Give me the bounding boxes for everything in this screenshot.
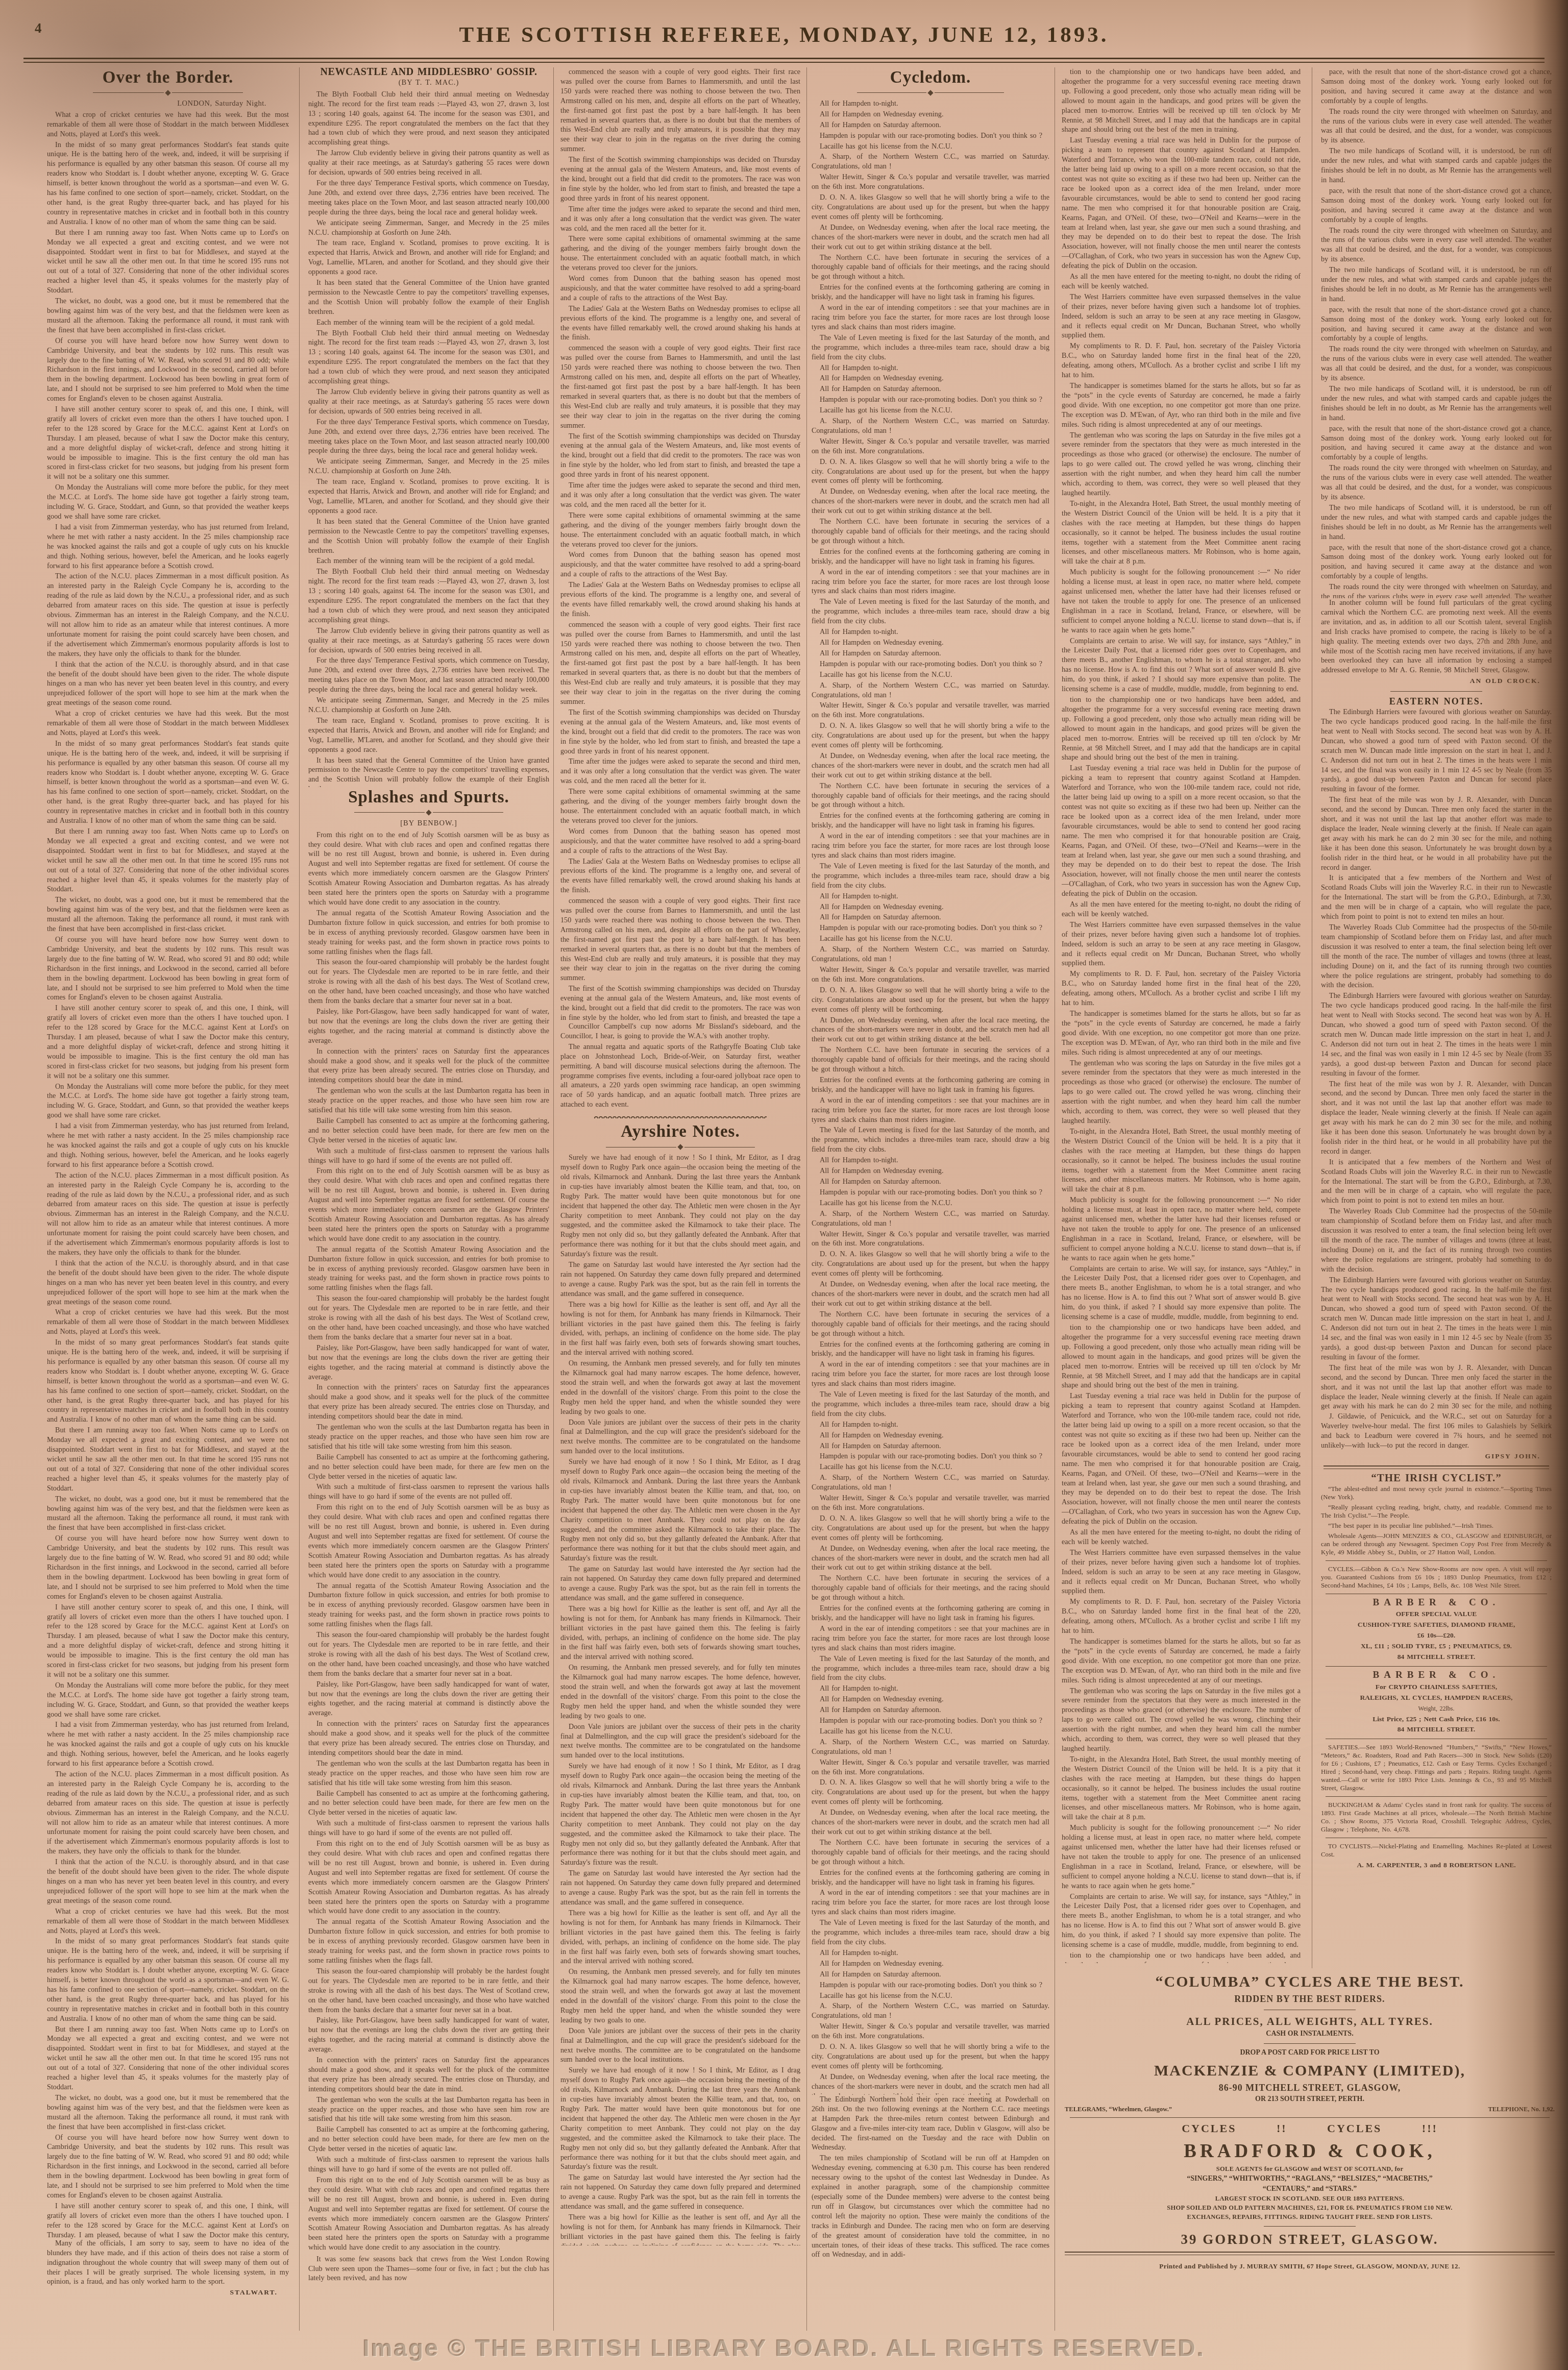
article-dateline: LONDON, Saturday Night. — [47, 99, 289, 109]
rule-line — [606, 1147, 676, 1147]
paragraph: The Edinburgh Harriers were favoured wit… — [1321, 1276, 1552, 1362]
ad-text: SAFETIES.—See 1893 World-Renowned “Humbe… — [1321, 1743, 1552, 1792]
paragraph: Paisley, like Port-Glasgow, have been sa… — [308, 1343, 549, 1382]
paragraph: All for Hampden on Wednesday evening. — [812, 374, 1049, 383]
paragraph: The team race, England v. Scotland, prom… — [308, 716, 549, 755]
paragraph: A. Sharp, of the Northern Western C.C., … — [812, 1473, 1049, 1493]
paragraph: The Vale of Leven meeting is fixed for t… — [812, 1654, 1049, 1683]
paragraph: What a crop of cricket centuries we have… — [47, 1907, 289, 1936]
paragraph: It has been stated that the General Comm… — [308, 278, 549, 317]
ad-text: Wholesale Agents—JOHN MENZIES & CO., GLA… — [1321, 1532, 1552, 1556]
paragraph: Walter Hewitt, Singer & Co.'s popular an… — [812, 965, 1049, 985]
ad-line: 84 MITCHELL STREET. — [1321, 1652, 1552, 1662]
paragraph: pace, with the result that none of the s… — [1321, 424, 1552, 463]
paragraph: At Dundee, on Wednesday evening, when af… — [812, 1280, 1049, 1309]
paragraph: The Northern C.C. have been fortunate in… — [812, 1574, 1049, 1603]
paragraph: Paisley, like Port-Glasgow, have been sa… — [308, 1680, 549, 1719]
paragraph: The gentleman who won the sculls at the … — [308, 1086, 549, 1115]
decorative-rule — [1324, 1465, 1550, 1469]
paragraph: In connection with the printers' races o… — [308, 1719, 549, 1758]
article-body: From this right on to the end of July Sc… — [308, 830, 549, 2255]
ad-line: XL, £11 ; SOLID TYRE, £5 ; PNEUMATICS, £… — [1321, 1642, 1552, 1651]
paragraph: Bailie Campbell has consented to act as … — [308, 2125, 549, 2154]
paragraph: Each member of the winning team will be … — [308, 318, 549, 328]
paragraph: The Blyth Football Club held their third… — [308, 567, 549, 625]
paragraph: Many of the officials, I am sorry to say… — [47, 2239, 289, 2287]
paragraph: Each member of the winning team will be … — [308, 556, 549, 566]
paragraph: D. O. N. A. likes Glasgow so well that h… — [812, 1778, 1049, 1807]
ad-line: DROP A POST CARD FOR PRICE LIST TO — [1060, 2049, 1560, 2057]
paragraph: The action of the N.C.U. places Zimmerma… — [47, 572, 289, 658]
paragraph: The gentleman who won the sculls at the … — [308, 2095, 549, 2124]
paragraph: Doon Vale juniors are jubilant over the … — [560, 2026, 800, 2065]
decorative-rule — [354, 811, 504, 815]
ad-line: “SINGERS,” “WHITWORTHS,” “RAGLANS,” “BEL… — [1060, 2175, 1560, 2183]
library-watermark: Image © THE BRITISH LIBRARY BOARD. ALL R… — [0, 2334, 1568, 2362]
paragraph: Entries for the confined events at the f… — [812, 811, 1049, 830]
paragraph: The game on Saturday last would have int… — [560, 1565, 800, 1603]
paragraph: The Northern C.C. have been fortunate in… — [812, 517, 1049, 546]
paragraph: Word comes from Dunoon that the bathing … — [560, 827, 800, 856]
paragraph: D. O. N. A. likes Glasgow so well that h… — [812, 986, 1049, 1015]
paragraph: A word in the ear of intending competito… — [812, 1096, 1049, 1125]
paragraph: On Monday the Australians will come more… — [47, 483, 289, 522]
masthead-title: THE SCOTTISH REFEREE, MONDAY, JUNE 12, 1… — [0, 22, 1568, 47]
ad-line: RIDDEN BY THE BEST RIDERS. — [1060, 1994, 1560, 2005]
paragraph: Lacaille has got his license from the N.… — [812, 406, 1049, 416]
paragraph: D. O. N. A. likes Glasgow so well that h… — [812, 457, 1049, 486]
paragraph: All for Hampden on Saturday afternoon. — [812, 1177, 1049, 1187]
paragraph: To-night, in the Alexandra Hotel, Bath S… — [1062, 499, 1301, 567]
paragraph: The gentleman who was scoring the laps o… — [1062, 1687, 1301, 1754]
paragraph: All for Hampden on Saturday afternoon. — [812, 120, 1049, 130]
paragraph: The game on Saturday last would have int… — [560, 2173, 800, 2212]
paragraph: In the midst of so many great performanc… — [47, 140, 289, 227]
paragraph: D. O. N. A. likes Glasgow so well that h… — [812, 1250, 1049, 1279]
paragraph: The team race, England v. Scotland, prom… — [308, 477, 549, 516]
paragraph: Last Tuesday evening a trial race was he… — [1062, 136, 1301, 271]
advertisement-region: “COLUMBA” CYCLES ARE THE BEST.RIDDEN BY … — [1060, 1968, 1560, 2332]
paragraph: The Ladies' Gala at the Western Baths on… — [560, 304, 800, 343]
paragraph: The Vale of Leven meeting is fixed for t… — [812, 333, 1049, 362]
paragraph: The Jarrow Club evidently believe in giv… — [308, 387, 549, 417]
paragraph: As all the men have entered for the meet… — [1062, 1528, 1301, 1547]
paragraph: Hampden is popular with our race-promoti… — [812, 131, 1049, 141]
paragraph: I had a visit from Zimmerman yesterday, … — [47, 523, 289, 571]
ad-line: CASH OR INSTALMENTS. — [1060, 2030, 1560, 2038]
paragraph: Hampden is popular with our race-promoti… — [812, 659, 1049, 669]
paragraph: It is anticipated that a few members of … — [1321, 873, 1552, 922]
paragraph: The Vale of Leven meeting is fixed for t… — [812, 1390, 1049, 1419]
paragraph: pace, with the result that none of the s… — [1321, 543, 1552, 582]
paragraph: The annual regatta and aquatic sports of… — [560, 1042, 800, 1110]
paragraph: At Dundee, on Wednesday evening, when af… — [812, 1544, 1049, 1573]
rule-line — [857, 92, 926, 93]
paragraph: tion to the championship one or two hand… — [1062, 695, 1301, 763]
column-5: tion to the championship one or two hand… — [1062, 67, 1301, 1968]
paragraph: A. Sharp, of the Northern Western C.C., … — [812, 2001, 1049, 2021]
column-rule — [1312, 67, 1312, 1968]
paragraph: J. Gildawie, of Penicuick, and the W.R.C… — [1321, 1412, 1552, 1451]
paragraph: From this right on to the end of July Sc… — [308, 1503, 549, 1580]
rule-diamond — [927, 90, 933, 95]
paragraph: Bailie Campbell has consented to act as … — [308, 1116, 549, 1145]
ad-line: For CRYPTO CHAINLESS SAFETIES, — [1321, 1682, 1552, 1692]
paragraph: Walter Hewitt, Singer & Co.'s popular an… — [812, 2022, 1049, 2041]
paragraph: All for Hampden on Wednesday evening. — [812, 1959, 1049, 1969]
article-body: The Edinburgh Harriers were favoured wit… — [1321, 707, 1552, 1412]
ad-line: SHOP SOILED AND OLD PATTERN MACHINES, £2… — [1060, 2204, 1560, 2212]
paragraph: All for Hampden on Saturday afternoon. — [812, 913, 1049, 922]
paragraph: There was a big howl for Killie as the l… — [560, 1604, 800, 1662]
article-headline: Splashes and Spurts. — [308, 788, 549, 808]
paragraph: The Jarrow Club evidently believe in giv… — [308, 149, 549, 178]
decorative-rule — [93, 91, 243, 95]
paragraph: A word in the ear of intending competito… — [812, 1624, 1049, 1653]
paragraph: Of course you will have heard before now… — [47, 1534, 289, 1601]
paragraph: The West Harriers committee have even su… — [1062, 1548, 1301, 1597]
paragraph: Doon Vale juniors are jubilant over the … — [560, 1418, 800, 1457]
ad-text: CYCLES.—Gibbon & Co.'s New Show-Rooms ar… — [1321, 1565, 1552, 1590]
ad-line: ALL PRICES, ALL WEIGHTS, ALL TYRES. — [1060, 2015, 1560, 2028]
paragraph: For the three days' Temperance Festival … — [308, 418, 549, 456]
paragraph: The Northern C.C. have been fortunate in… — [812, 1045, 1049, 1074]
paragraph: All for Hampden to-night. — [812, 1948, 1049, 1958]
paragraph: For the three days' Temperance Festival … — [308, 179, 549, 217]
paragraph: There were some capital exhibitions of o… — [560, 234, 800, 273]
paragraph: This season the four-oared championship … — [308, 1630, 549, 1679]
decorative-rule — [1264, 2226, 1356, 2227]
paragraph: A word in the ear of intending competito… — [812, 568, 1049, 597]
paragraph: All for Hampden on Saturday afternoon. — [812, 384, 1049, 394]
paragraph: The roads round the city were thronged w… — [1321, 582, 1552, 598]
paragraph: We anticipate seeing Zimmerman, Sanger, … — [308, 218, 549, 238]
paragraph: Walter Hewitt, Singer & Co.'s popular an… — [812, 1494, 1049, 1513]
rule-line — [935, 92, 1004, 93]
paragraph: D. O. N. A. likes Glasgow so well that h… — [812, 721, 1049, 750]
paragraph: It has been stated that the General Comm… — [308, 517, 549, 556]
paragraph: The first heat of the mile was won by J.… — [1321, 1363, 1552, 1412]
article-headline: EASTERN NOTES. — [1321, 697, 1552, 706]
paragraph: Lacaille has got his license from the N.… — [812, 934, 1049, 944]
paragraph: Walter Hewitt, Singer & Co.'s popular an… — [812, 1758, 1049, 1777]
ad-line: EXCHANGES, REPAIRS, FITTINGS. RIDING TAU… — [1060, 2213, 1560, 2221]
article-headline: Ayrshire Notes. — [560, 1122, 800, 1142]
paragraph: All for Hampden on Wednesday evening. — [812, 110, 1049, 119]
paragraph: I have still another century scorer to s… — [47, 1004, 289, 1081]
decorative-rule — [1326, 1838, 1547, 1838]
column-rule — [299, 67, 300, 2331]
article-byline: [BY BENBOW.] — [308, 819, 549, 828]
paragraph: The first heat of the mile was won by J.… — [1321, 795, 1552, 872]
ad-line: £6 10s—£20. — [1321, 1631, 1552, 1641]
paragraph: A word in the ear of intending competito… — [812, 1360, 1049, 1389]
paragraph: The Vale of Leven meeting is fixed for t… — [812, 862, 1049, 891]
paragraph: A. Sharp, of the Northern Western C.C., … — [812, 417, 1049, 436]
paragraph: D. O. N. A. likes Glasgow so well that h… — [812, 193, 1049, 222]
ad-text: “The best paper in its peculiar line pub… — [1321, 1522, 1552, 1530]
paragraph: All for Hampden on Saturday afternoon. — [812, 1441, 1049, 1451]
paragraph: All for Hampden on Saturday afternoon. — [812, 1970, 1049, 1980]
paragraph: With such a multitude of first-class oar… — [308, 1482, 549, 1502]
paragraph: The Ladies' Gala at the Western Baths on… — [560, 580, 800, 619]
paragraph: There was a big howl for Killie as the l… — [560, 2213, 800, 2245]
paragraph: The annual regatta of the Scottish Amate… — [308, 1581, 549, 1630]
ad-text: BUCKINGHAM & Adams' Cycles stand in fron… — [1321, 1801, 1552, 1834]
paragraph: The ten miles championship of Scotland w… — [812, 2154, 1049, 2260]
paragraph: Paisley, like Port-Glasgow, have been sa… — [308, 1007, 549, 1046]
paragraph: As all the men have entered for the meet… — [1062, 900, 1301, 919]
article-body: pace, with the result that none of the s… — [1321, 67, 1552, 598]
paragraph: Councillor Campbell's cup now adorns Mr … — [560, 1022, 800, 1041]
paragraph: Hampden is popular with our race-promoti… — [812, 1716, 1049, 1726]
paragraph: Entries for the confined events at the f… — [812, 1604, 1049, 1623]
paragraph: Walter Hewitt, Singer & Co.'s popular an… — [812, 701, 1049, 720]
ad-line: A. M. CARPENTER, 3 and 8 ROBERTSON LANE. — [1321, 1861, 1552, 1870]
paragraph: A. Sharp, of the Northern Western C.C., … — [812, 1209, 1049, 1229]
column-1: Over the Border.LONDON, Saturday Night.W… — [47, 67, 289, 2331]
paragraph: As all the men have entered for the meet… — [1062, 272, 1301, 291]
paragraph: Lacaille has got his license from the N.… — [812, 1727, 1049, 1737]
paragraph: It is anticipated that a few members of … — [1321, 1158, 1552, 1206]
paragraph: Of course you will have heard before now… — [47, 336, 289, 404]
ad-line: Weight, 22lbs. — [1321, 1704, 1552, 1714]
paragraph: The Edinburgh Harriers were favoured wit… — [1321, 707, 1552, 794]
ad-telegrams: TELEGRAMS, “Wheelmen, Glasgow.” — [1065, 2106, 1172, 2113]
paragraph: The gentleman who was scoring the laps o… — [1062, 431, 1301, 498]
paragraph: The Northern C.C. have been fortunate in… — [812, 1838, 1049, 1867]
paragraph: All for Hampden on Wednesday evening. — [812, 1166, 1049, 1176]
paragraph: The Northern C.C. have been fortunate in… — [812, 781, 1049, 811]
paragraph: Hampden is popular with our race-promoti… — [812, 1981, 1049, 1990]
paragraph: But there I am running away too fast. Wh… — [47, 2025, 289, 2092]
paragraph: From this right on to the end of July Sc… — [308, 2176, 549, 2253]
paragraph: The wicket, no doubt, was a good one, bu… — [47, 2093, 289, 2132]
ad-line: Printed and Published by J. MURRAY SMITH… — [1060, 2262, 1560, 2270]
ad-line: CUSHION-TYRE SAFETIES, DIAMOND FRAME, — [1321, 1620, 1552, 1630]
paragraph: Doon Vale juniors are jubilant over the … — [560, 1722, 800, 1761]
paragraph: The two mile handicaps of Scotland will,… — [1321, 146, 1552, 185]
paragraph: This season the four-oared championship … — [308, 1967, 549, 2015]
ad-line: List Price, £25 ; Nett Cash Price, £16 1… — [1321, 1715, 1552, 1724]
article-byline: (BY T. T. MAC.) — [308, 78, 549, 88]
paragraph: pace, with the result that none of the s… — [1321, 305, 1552, 344]
paragraph: This season the four-oared championship … — [308, 1294, 549, 1342]
paragraph: My compliments to R. D. F. Paul, hon. se… — [1062, 969, 1301, 1008]
paragraph: A. Sharp, of the Northern Western C.C., … — [812, 945, 1049, 964]
paragraph: All for Hampden to-night. — [812, 892, 1049, 901]
paragraph: The gentleman who won the sculls at the … — [308, 1759, 549, 1788]
paragraph: The Northern C.C. have been fortunate in… — [812, 253, 1049, 282]
paragraph: What a crop of cricket centuries we have… — [47, 110, 289, 139]
paragraph: The Blyth Football Club held their third… — [308, 90, 549, 148]
paragraph: My compliments to R. D. F. Paul, hon. se… — [1062, 1597, 1301, 1636]
paragraph: With such a multitude of first-class oar… — [308, 1146, 549, 1166]
paragraph: The Northern C.C. have been fortunate in… — [812, 1310, 1049, 1339]
decorative-rule — [606, 1145, 754, 1149]
paragraph: Last Tuesday evening a trial race was he… — [1062, 764, 1301, 899]
decorative-rule — [1326, 1739, 1547, 1739]
article-headline: Over the Border. — [47, 68, 289, 88]
paragraph: A. Sharp, of the Northern Western C.C., … — [812, 681, 1049, 700]
paragraph: In the midst of so many great performanc… — [47, 1937, 289, 2023]
signature: STALWART. — [47, 2288, 289, 2298]
rule-diamond — [677, 1144, 683, 1150]
paragraph: The team race, England v. Scotland, prom… — [308, 238, 549, 277]
paragraph: The Waverley Roads Club Committee had th… — [1321, 1207, 1552, 1274]
paragraph: Surely we have had enough of it now ! So… — [560, 1153, 800, 1259]
paragraph: On Monday the Australians will come more… — [47, 1082, 289, 1121]
decorative-rule — [1326, 1560, 1547, 1561]
masthead-rule — [23, 58, 1545, 63]
paragraph: The wicket, no doubt, was a good one, bu… — [47, 1495, 289, 1533]
paragraph: At Dundee, on Wednesday evening, when af… — [812, 1016, 1049, 1045]
paragraph: Complaints are certain to arise. We will… — [1062, 1892, 1301, 1950]
paragraph: Much publicity is sought for the followi… — [1062, 1823, 1301, 1891]
ad-line: CYCLES !! CYCLES !!! — [1060, 2122, 1560, 2135]
paragraph: The roads round the city were thronged w… — [1321, 226, 1552, 265]
decorative-rule — [1065, 2252, 1555, 2255]
paragraph: It has been stated that the General Comm… — [308, 756, 549, 787]
ad-line: RALEIGHS, XL CYCLES, HAMPDEN RACERS, — [1321, 1693, 1552, 1703]
paragraph: What a crop of cricket centuries we have… — [47, 1308, 289, 1337]
paragraph: The first of the Scottish swimming champ… — [560, 155, 800, 204]
paragraph: The roads round the city were thronged w… — [1321, 345, 1552, 383]
paragraph: Surely we have had enough of it now ! So… — [560, 2066, 800, 2172]
paragraph: The Edinburgh Northern hold their open r… — [812, 2095, 1049, 2153]
paragraph: The action of the N.C.U. places Zimmerma… — [47, 1171, 289, 1258]
paragraph: All for Hampden to-night. — [812, 1684, 1049, 1694]
paragraph: Entries for the confined events at the f… — [812, 547, 1049, 567]
paragraph: The Ladies' Gala at the Western Baths on… — [560, 857, 800, 896]
paragraph: The two mile handicaps of Scotland will,… — [1321, 503, 1552, 542]
paragraph: The Edinburgh Harriers were favoured wit… — [1321, 991, 1552, 1078]
paragraph: Paisley, like Port-Glasgow, have been sa… — [308, 2016, 549, 2055]
paragraph: This season the four-oared championship … — [308, 958, 549, 1006]
paragraph: The annual regatta of the Scottish Amate… — [308, 1917, 549, 1966]
paragraph: Entries for the confined events at the f… — [812, 1340, 1049, 1359]
paragraph: At Dundee, on Wednesday evening, when af… — [812, 223, 1049, 252]
paragraph: Lacaille has got his license from the N.… — [812, 1462, 1049, 1472]
paragraph: In connection with the printers' races o… — [308, 2056, 549, 2094]
paragraph: The Vale of Leven meeting is fixed for t… — [812, 597, 1049, 626]
ad-line: “COLUMBA” CYCLES ARE THE BEST. — [1060, 1973, 1560, 1991]
paragraph: D. O. N. A. likes Glasgow so well that h… — [812, 2042, 1049, 2071]
decorative-rule — [594, 1115, 767, 1118]
ad-contact-row: TELEGRAMS, “Wheelmen, Glasgow.”TELEPHONE… — [1065, 2106, 1555, 2113]
paragraph: At Dundee, on Wednesday evening, when af… — [812, 751, 1049, 780]
ad-line: 86-90 MITCHELL STREET, GLASGOW, — [1060, 2083, 1560, 2093]
signature: GIPSY JOHN. — [1321, 1452, 1552, 1461]
paragraph: All for Hampden to-night. — [812, 627, 1049, 637]
paragraph: The Jarrow Club evidently believe in giv… — [308, 626, 549, 655]
ad-telephone: TELEPHONE, No. 1,92. — [1488, 2106, 1555, 2113]
paragraph: All for Hampden to-night. — [812, 1156, 1049, 1165]
paragraph: From this right on to the end of July Sc… — [308, 830, 549, 908]
paragraph: I had a visit from Zimmerman yesterday, … — [47, 1121, 289, 1170]
paragraph: D. O. N. A. likes Glasgow so well that h… — [812, 1514, 1049, 1543]
paragraph: In connection with the printers' races o… — [308, 1383, 549, 1422]
paragraph: At Dundee, on Wednesday evening, when af… — [812, 1808, 1049, 1837]
paragraph: Lacaille has got his license from the N.… — [812, 1991, 1049, 2001]
rule-line — [354, 812, 425, 813]
paragraph: The Vale of Leven meeting is fixed for t… — [812, 1918, 1049, 1947]
paragraph: Time after time the judges were asked to… — [560, 205, 800, 234]
paragraph: Bailie Campbell has consented to act as … — [308, 1453, 549, 1482]
paragraph: A word in the ear of intending competito… — [812, 832, 1049, 861]
paragraph: All for Hampden to-night. — [812, 99, 1049, 109]
paragraph: Word comes from Dunoon that the bathing … — [560, 550, 800, 579]
paragraph: But there I am running away too fast. Wh… — [47, 827, 289, 894]
paragraph: All for Hampden on Wednesday evening. — [812, 1431, 1049, 1440]
paragraph: In the midst of so many great performanc… — [47, 739, 289, 826]
ad-line: 84 MITCHELL STREET. — [1321, 1725, 1552, 1734]
paragraph: The roads round the city were thronged w… — [1321, 463, 1552, 502]
paragraph: The first of the Scottish swimming champ… — [560, 708, 800, 756]
paragraph: Hampden is popular with our race-promoti… — [812, 1452, 1049, 1461]
newspaper-page: 4 THE SCOTTISH REFEREE, MONDAY, JUNE 12,… — [0, 0, 1568, 2370]
ad-text: “The ablest-edited and most newsy cycle … — [1321, 1485, 1552, 1501]
paragraph: The game on Saturday last would have int… — [560, 1260, 800, 1299]
ad-text: TO CYCLISTS.—Nickel-Plating and Enamelli… — [1321, 1842, 1552, 1859]
paragraph: There was a big howl for Killie as the l… — [560, 1909, 800, 1966]
paragraph: In another column will be found full par… — [1321, 598, 1552, 675]
paragraph: The handicapper is sometimes blamed for … — [1062, 1637, 1301, 1685]
rule-line — [684, 1147, 755, 1147]
paragraph: There were some capital exhibitions of o… — [560, 511, 800, 550]
ad-text: “Really pleasant cycling reading, bright… — [1321, 1503, 1552, 1520]
paragraph: At Dundee, on Wednesday evening, when af… — [812, 487, 1049, 516]
rule-diamond — [426, 810, 431, 815]
column-3: commenced the season with a couple of ve… — [560, 67, 800, 2331]
paragraph: I think that the action of the N.C.U. is… — [47, 1858, 289, 1906]
paragraph: Time after time the judges were asked to… — [560, 757, 800, 786]
paragraph: Bailie Campbell has consented to act as … — [308, 1789, 549, 1818]
rule-line — [172, 92, 243, 93]
rule-line — [433, 812, 503, 813]
article-headline: NEWCASTLE AND MIDDLESBRO' GOSSIP. — [308, 67, 549, 77]
paragraph: commenced the season with a couple of ve… — [560, 67, 800, 154]
paragraph: pace, with the result that none of the s… — [1321, 67, 1552, 106]
paragraph: We anticipate seeing Zimmerman, Sanger, … — [308, 696, 549, 715]
article-body: Surely we have had enough of it now ! So… — [560, 1153, 800, 2245]
paragraph: The first heat of the mile was won by J.… — [1321, 1080, 1552, 1157]
decorative-rule — [857, 91, 1004, 95]
paragraph: The annual regatta of the Scottish Amate… — [308, 909, 549, 957]
paragraph: Entries for the confined events at the f… — [812, 1076, 1049, 1095]
ad-line: MACKENZIE & COMPANY (LIMITED), — [1060, 2062, 1560, 2080]
paragraph: It was some few seasons back that crews … — [308, 2255, 549, 2284]
paragraph: tion to the championship one or two hand… — [1062, 67, 1301, 135]
paragraph: All for Hampden to-night. — [812, 363, 1049, 373]
paragraph: Complaints are certain to arise. We will… — [1062, 637, 1301, 694]
paragraph: Complaints are certain to arise. We will… — [1062, 1264, 1301, 1322]
signature: AN OLD CROCK. — [1321, 676, 1552, 686]
paragraph: tion to the championship one or two hand… — [1062, 1323, 1301, 1390]
paragraph: On resuming, the Annbank men pressed sev… — [560, 1967, 800, 2025]
decorative-rule — [1264, 2010, 1356, 2010]
ad-line: BARBER & CO. — [1321, 1598, 1552, 1608]
paragraph: Hampden is popular with our race-promoti… — [812, 395, 1049, 405]
decorative-rule — [1326, 1666, 1547, 1667]
paragraph: We anticipate seeing Zimmerman, Sanger, … — [308, 457, 549, 476]
paragraph: commenced the season with a couple of ve… — [560, 344, 800, 430]
paragraph: The two mile handicaps of Scotland will,… — [1321, 265, 1552, 304]
paragraph: What a crop of cricket centuries we have… — [47, 709, 289, 738]
paragraph: The gentleman who won the sculls at the … — [308, 1423, 549, 1452]
paragraph: From this right on to the end of July Sc… — [308, 1839, 549, 1916]
decorative-rule — [1070, 2117, 1550, 2118]
